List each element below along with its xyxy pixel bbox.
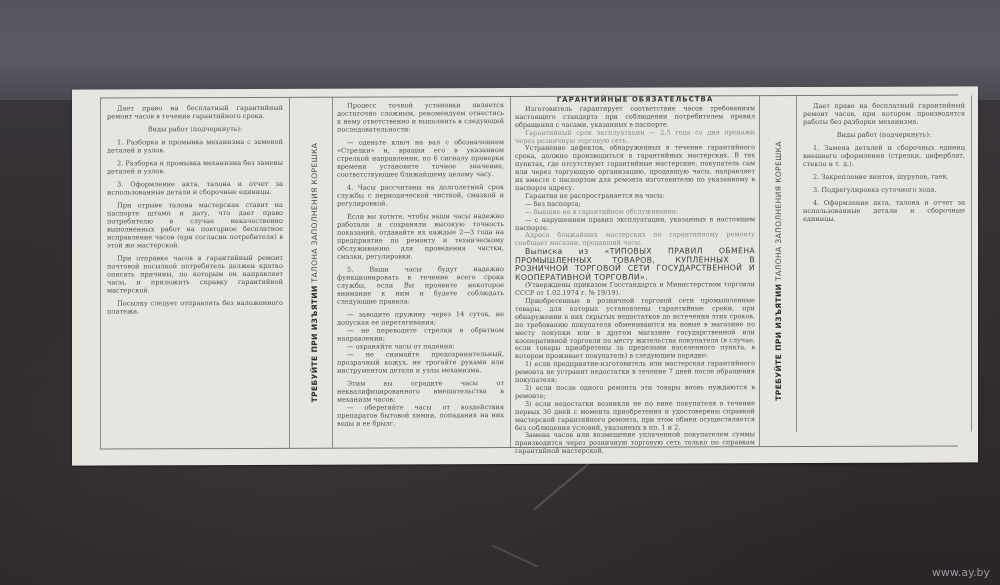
background-gray-wall — [0, 0, 1000, 100]
left-mail-note: При отправке часов в гарантийный ремонт … — [107, 254, 283, 295]
right-work-item: 3. Подрегулировка суточного хода. — [803, 185, 965, 194]
left-work-item: 2. Разборка и промывка механизма без зам… — [107, 159, 283, 176]
right-work-item: 4. Оформление акта, талона и отчет за ис… — [803, 198, 965, 223]
rule-item: — не снимайте предохранительный, прозрач… — [337, 350, 504, 375]
rule-item: — не переводите стрелки в обратном напра… — [337, 326, 504, 343]
right-works-heading: Виды работ (подчеркнуть): — [803, 130, 965, 139]
setting-steps: — оденьте ключ на вал с обозначением «Ст… — [337, 138, 504, 179]
condition-item: 1) если предприятие-изготовитель или мас… — [515, 360, 755, 385]
spine-bold-text: ТРЕБУЙТЕ ПРИ ИЗЪЯТИИ — [310, 285, 319, 402]
left-work-item: 1. Разборка и промывка механизма с замен… — [107, 138, 283, 155]
warranty-p6: Замена часов или возмещение уплаченной п… — [515, 432, 755, 457]
right-work-item: 2. Закрепление винтов, шурупов, гаек. — [803, 172, 965, 181]
left-coupon-panel: Дает право на бесплатный гарантийный рем… — [100, 98, 290, 449]
item-4: 4. Часы рассчитаны на долголетний срок с… — [337, 183, 504, 208]
card-frame: Дает право на бесплатный гарантийный рем… — [100, 94, 958, 449]
condition-item: 3) если недостатки возникли не по вине п… — [515, 400, 755, 432]
warranty-p1: Изготовитель гарантирует соответствие ча… — [515, 105, 755, 130]
right-work-item: 1. Замена деталей и сборочных единиц вне… — [803, 143, 965, 168]
spine-label-right: ТРЕБУЙТЕ ПРИ ИЗЪЯТИИ ТАЛОНА ЗАПОЛНЕНИЯ К… — [760, 96, 796, 446]
setting-intro: Процесс точной установки является достат… — [337, 101, 504, 134]
left-work-item: 3. Оформление акта, талона и отчет за ис… — [107, 180, 283, 197]
warranty-card: Дает право на бесплатный гарантийный рем… — [72, 86, 978, 465]
chemicals-rule: — оберегайте часы от воздействия препара… — [337, 403, 504, 428]
warranty-obligations-panel: ГАРАНТИЙНЫЕ ОБЯЗАТЕЛЬСТВА Изготовитель г… — [510, 96, 760, 447]
spine-label-left: ТРЕБУЙТЕ ПРИ ИЗЪЯТИИ ТАЛОНА ЗАПОЛНЕНИЯ К… — [296, 98, 332, 448]
spine-rest-text: ТАЛОНА ЗАПОЛНЕНИЯ КОРЕШКА — [774, 141, 783, 281]
item-5: 5. Ваши часы будут надежно функционирова… — [337, 265, 504, 306]
right-intro: Дает право на бесплатный гарантийный рем… — [803, 101, 965, 126]
extract-lead: Выписка из «ТИПОВЫХ ПРАВИЛ ОБМЕНА ПРОМЫШ… — [515, 247, 755, 282]
left-cod-note: Посылку следует отправлять без наложенно… — [107, 299, 283, 316]
rule-item: — заводите пружину через 14 суток, не до… — [337, 310, 504, 327]
left-works-heading: Виды работ (подчеркнуть): — [107, 125, 283, 134]
warranty-p5: Приобретенные в розничной торговой сети … — [515, 297, 755, 361]
protect-note: Этим вы оградите часы от неквалифицирова… — [337, 379, 504, 404]
warranty-p3: Устранение дефектов, обнаруженных в тече… — [515, 145, 755, 193]
left-stamp-note: При отрыве талона мастерская ставит на п… — [107, 201, 283, 250]
right-coupon-panel: Дает право на бесплатный гарантийный рем… — [796, 95, 972, 432]
site-watermark: www.ay.by — [932, 566, 990, 579]
spine-bold-text: ТРЕБУЙТЕ ПРИ ИЗЪЯТИИ — [774, 284, 783, 401]
instructions-panel: Процесс точной установки является достат… — [332, 97, 508, 448]
service-note: Если вы хотите, чтобы ваши часы надежно … — [337, 212, 504, 261]
left-intro: Дает право на бесплатный гарантийный рем… — [107, 104, 283, 121]
spine-rest-text: ТАЛОНА ЗАПОЛНЕНИЯ КОРЕШКА — [310, 143, 319, 283]
